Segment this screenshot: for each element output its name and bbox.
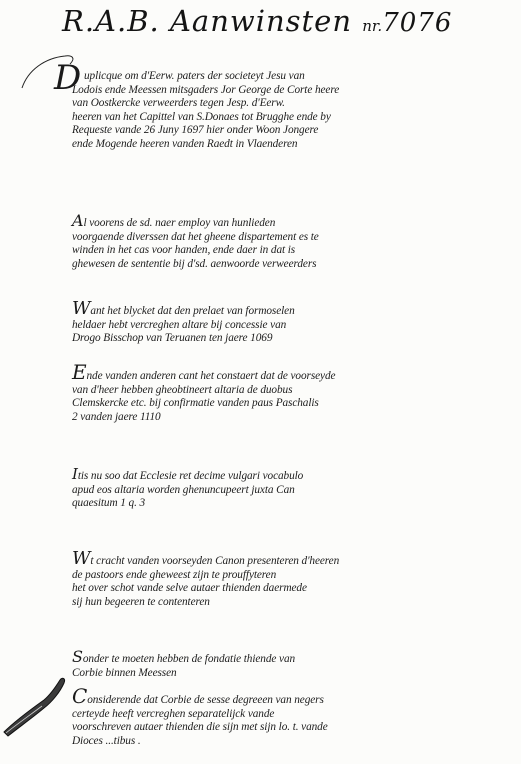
text-line: Wt cracht vanden voorseyden Canon presen… xyxy=(72,552,339,569)
text-line: ghewesen de sententie bij d'sd. aenwoord… xyxy=(72,258,319,272)
text-line: de pastoors ende gheweest zijn te prouff… xyxy=(72,569,339,583)
text-line: winden in het cas voor handen, ende daer… xyxy=(72,244,319,258)
text-line-content: tis nu soo dat Ecclesie ret decime vulga… xyxy=(78,470,303,482)
text-line: heeren van het Capittel van S.Donaes tot… xyxy=(72,111,339,125)
paragraph-initial: S xyxy=(72,647,83,666)
paragraph-initial: W xyxy=(72,298,90,319)
text-line: Lodois ende Meessen mitsgaders Jor Georg… xyxy=(72,84,339,98)
text-line: Sonder te moeten hebben de fondatie thie… xyxy=(72,650,295,667)
paragraph-initial: C xyxy=(72,684,87,708)
text-line-content: ant het blycket dat den prelaet van form… xyxy=(90,305,294,317)
text-line-content: l voorens de sd. naer employ van hunlied… xyxy=(83,217,275,229)
text-line: Want het blycket dat den prelaet van for… xyxy=(72,302,295,319)
paragraph-initial: D xyxy=(54,58,81,98)
text-line: voorgaende diverssen dat het gheene disp… xyxy=(72,231,319,245)
text-line: uplicque om d'Eerw. paters der societeyt… xyxy=(72,70,339,84)
paragraph-1: D uplicque om d'Eerw. paters der societe… xyxy=(72,70,339,151)
text-line: Drogo Bisschop van Teruanen ten jaere 10… xyxy=(72,332,295,346)
paragraph-8: Considerende dat Corbie de sesse degreee… xyxy=(72,690,328,748)
text-line: heldaer hebt vercreghen altare bij conce… xyxy=(72,319,295,333)
text-line: apud eos altaria worden ghenuncupeert ju… xyxy=(72,484,303,498)
text-line: het over schot vande selve autaer thiend… xyxy=(72,582,339,596)
paragraph-initial: E xyxy=(72,360,87,384)
text-line-content: onder te moeten hebben de fondatie thien… xyxy=(83,653,295,665)
paragraph-3: Want het blycket dat den prelaet van for… xyxy=(72,302,295,346)
paragraph-initial: A xyxy=(72,211,83,230)
text-line: Clemskercke etc. bij confirmatie vanden … xyxy=(72,397,335,411)
text-line: Ende vanden anderen cant het constaert d… xyxy=(72,366,335,384)
title-number: 7076 xyxy=(382,8,452,38)
text-line: Itis nu soo dat Ecclesie ret decime vulg… xyxy=(72,468,303,484)
text-line: voorschreven autaer thienden die sijn me… xyxy=(72,721,328,735)
text-line: van Oostkercke verweerders tegen Jesp. d… xyxy=(72,97,339,111)
text-line: quaesitum 1 q. 3 xyxy=(72,497,303,511)
paragraph-2: Al voorens de sd. naer employ van hunlie… xyxy=(72,214,319,271)
text-line: van d'heer hebben gheobtineert altaria d… xyxy=(72,384,335,398)
paragraph-5: Itis nu soo dat Ecclesie ret decime vulg… xyxy=(72,468,303,511)
paragraph-4: Ende vanden anderen cant het constaert d… xyxy=(72,366,335,424)
text-line: ende Mogende heeren vanden Raedt in Vlae… xyxy=(72,138,339,152)
title-nr-prefix: nr. xyxy=(362,17,382,35)
document-title: R.A.B. Aanwinsten nr.7076 xyxy=(62,4,452,38)
text-line-content: nde vanden anderen cant het constaert da… xyxy=(87,370,336,382)
text-line: Requeste vande 26 Juny 1697 hier onder W… xyxy=(72,124,339,138)
paragraph-initial: W xyxy=(72,548,90,569)
manuscript-page: R.A.B. Aanwinsten nr.7076 D uplicque om … xyxy=(0,0,521,764)
text-line: sij hun begeeren te contenteren xyxy=(72,596,339,610)
text-line: Dioces ...tibus . xyxy=(72,735,328,749)
paragraph-7: Sonder te moeten hebben de fondatie thie… xyxy=(72,650,295,680)
text-line-content: t cracht vanden voorseyden Canon present… xyxy=(90,555,339,567)
text-line-content: onsiderende dat Corbie de sesse degreeen… xyxy=(87,694,324,706)
text-line: Corbie binnen Meessen xyxy=(72,667,295,681)
text-line: Considerende dat Corbie de sesse degreee… xyxy=(72,690,328,708)
text-line: certeyde heeft vercreghen separatelijck … xyxy=(72,708,328,722)
text-line: 2 vanden jaere 1110 xyxy=(72,411,335,425)
text-line: Al voorens de sd. naer employ van hunlie… xyxy=(72,214,319,231)
paragraph-6: Wt cracht vanden voorseyden Canon presen… xyxy=(72,552,339,609)
pointing-hand-manicule-icon xyxy=(0,670,70,740)
title-text: R.A.B. Aanwinsten xyxy=(62,4,352,38)
